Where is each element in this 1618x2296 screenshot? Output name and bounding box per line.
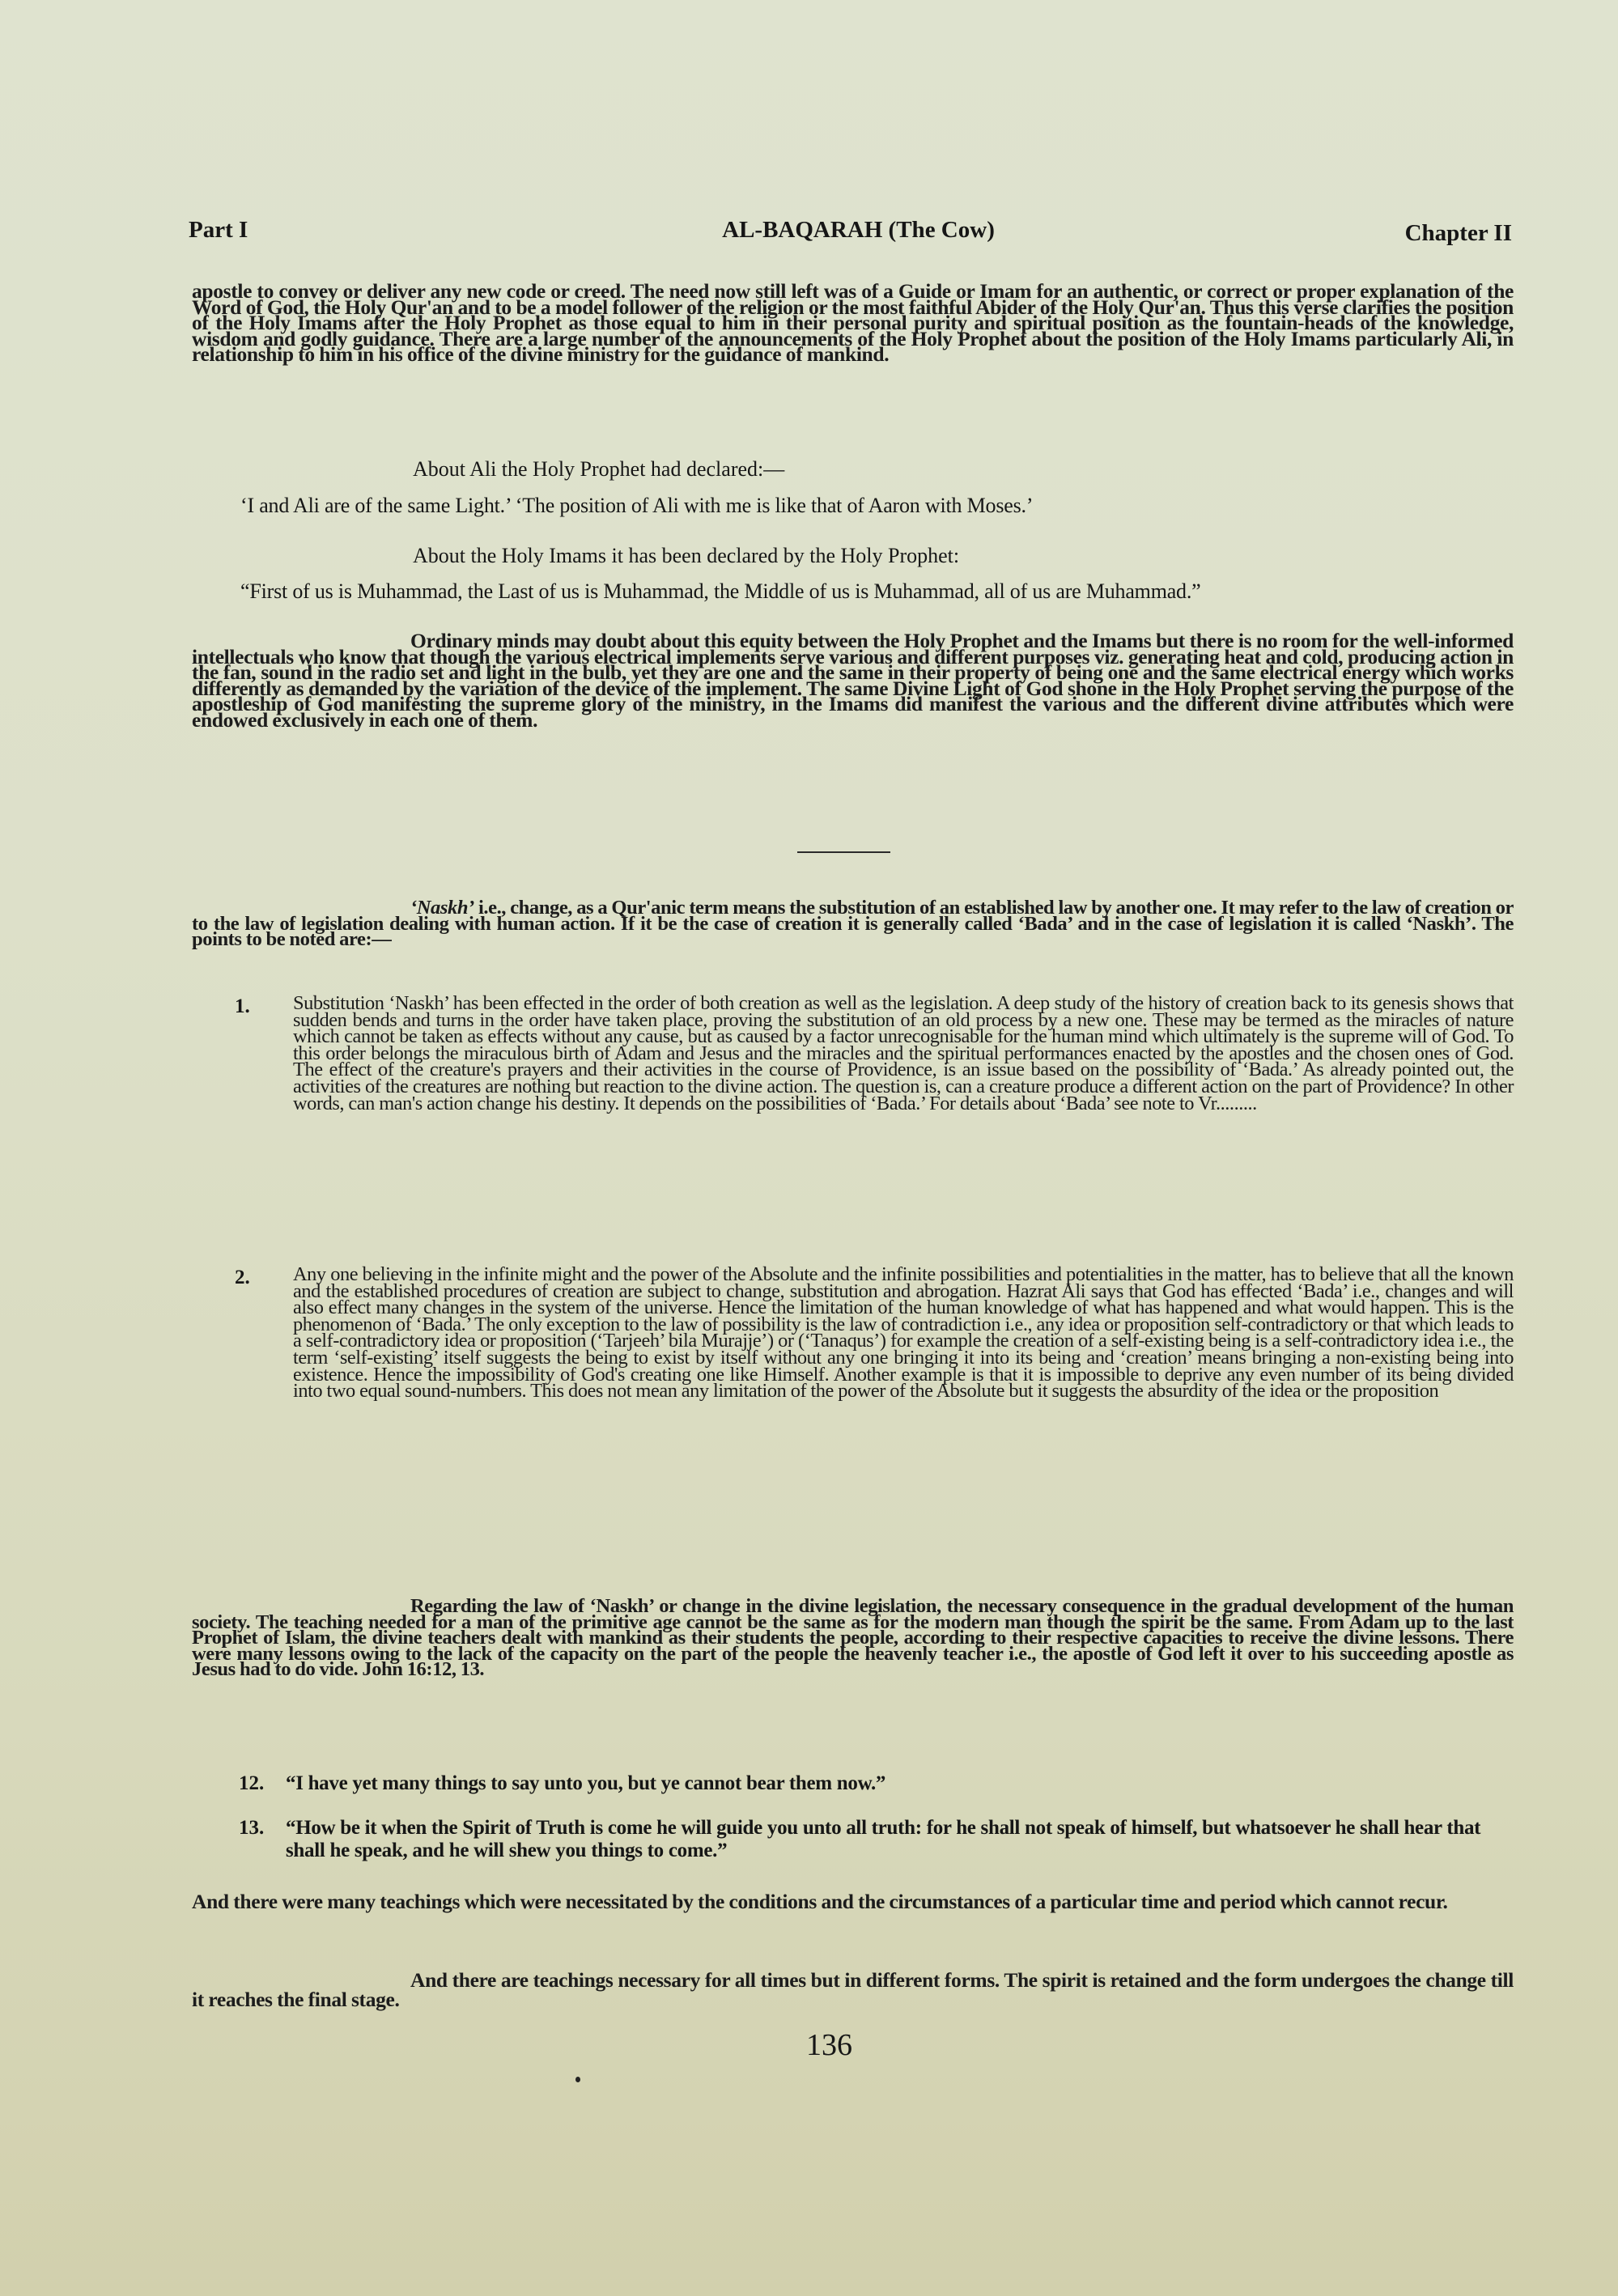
verse-number: 13. (239, 1817, 264, 1840)
running-header: Part I AL-BAQARAH (The Cow) Chapter II (189, 217, 1512, 249)
paragraph-naskh-definition: ‘Naskh’ i.e., change, as a Qur'anic term… (192, 900, 1514, 948)
point-text: Substitution ‘Naskh’ has been effected i… (293, 995, 1514, 1112)
chapter-label: Chapter II (1405, 220, 1512, 247)
imams-quote: “First of us is Muhammad, the Last of us… (240, 579, 1201, 604)
naskh-definition-text: i.e., change, as a Qur'anic term means t… (192, 897, 1514, 950)
ink-speck (575, 2077, 580, 2082)
section-divider (797, 851, 890, 853)
paragraph-teachings-all-times: And there are teachings necessary for al… (192, 1971, 1514, 2010)
paragraph-regarding-naskh: Regarding the law of ‘Naskh’ or change i… (192, 1598, 1514, 1678)
page-number: 136 (0, 2027, 1618, 2063)
point-number: 1. (235, 995, 250, 1018)
document-page: Part I AL-BAQARAH (The Cow) Chapter II a… (0, 0, 1618, 2296)
imams-declaration-intro: About the Holy Imams it has been declare… (413, 544, 959, 568)
point-text: Any one believing in the infinite might … (293, 1267, 1514, 1400)
point-number: 2. (235, 1267, 250, 1289)
paragraph-imam-guidance: apostle to convey or deliver any new cod… (192, 283, 1514, 363)
verse-text: “How be it when the Spirit of Truth is c… (286, 1817, 1514, 1862)
ali-declaration-intro: About Ali the Holy Prophet had declared:… (413, 457, 784, 482)
verse-text: “I have yet many things to say unto you,… (286, 1772, 1514, 1795)
ali-quote: ‘I and Ali are of the same Light.’ ‘The … (240, 494, 1033, 518)
verse-number: 12. (239, 1772, 264, 1795)
paragraph-electrical-analogy: Ordinary minds may doubt about this equi… (192, 633, 1514, 728)
surah-title: AL-BAQARAH (The Cow) (189, 217, 1520, 244)
paragraph-teachings-particular: And there were many teachings which were… (192, 1892, 1514, 1912)
